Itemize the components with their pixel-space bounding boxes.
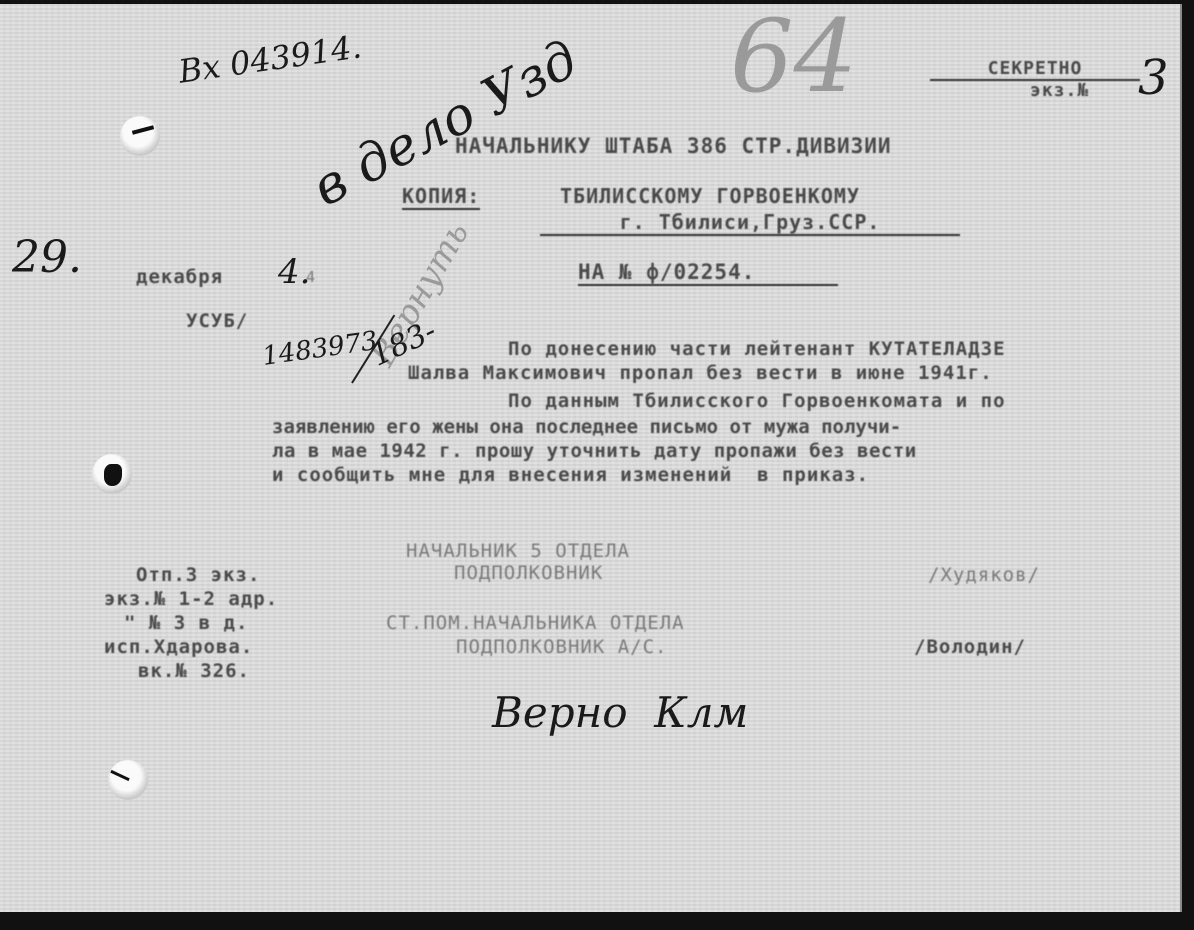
classification-stamp: СЕКРЕТНО <box>930 58 1140 81</box>
punch-hole-bottom <box>108 760 148 800</box>
body-line-1: По донесению части лейтенант КУТАТЕЛАДЗЕ <box>508 338 1006 360</box>
body-line-5: ла в мае 1942 г. прошу уточнить дату про… <box>272 440 917 462</box>
handwritten-certification: Верно Клм <box>492 688 748 737</box>
date-year-suffix: 4 <box>306 268 316 286</box>
note-copy-addresses: экз.№ 1-2 адр. <box>104 588 278 610</box>
department-code: УСУБ/ <box>186 310 248 332</box>
date-month: декабря <box>136 266 223 288</box>
punch-hole-top <box>120 116 160 156</box>
addressee: НАЧАЛЬНИКУ ШТАБА 386 СТР.ДИВИЗИИ <box>455 134 892 158</box>
copy-number-handwritten: 3 <box>1138 50 1169 106</box>
signer-2-name: /Володин/ <box>914 636 1026 658</box>
copy-to-address: г. Тбилиси,Груз.ССР. <box>540 210 960 236</box>
document-page: Вх 043914. в дело Узд 64 СЕКРЕТНО экз.№ … <box>0 4 1182 912</box>
reference-number: НА № ф/02254. <box>578 260 838 286</box>
signer-2-title: СТ.ПОМ.НАЧАЛЬНИКА ОТДЕЛА <box>386 612 685 634</box>
note-executor: исп.Хдарова. <box>104 636 253 658</box>
copy-to-recipient: ТБИЛИССКОМУ ГОРВОЕНКОМУ <box>560 184 860 208</box>
signer-1-title: НАЧАЛЬНИК 5 ОТДЕЛА <box>406 540 630 562</box>
signer-1-name: /Худяков/ <box>928 564 1040 586</box>
note-copy-file: " № 3 в д. <box>124 612 248 634</box>
handwritten-incoming-number: Вх 043914. <box>176 27 364 90</box>
handwritten-date-day: 29. <box>12 232 82 283</box>
copy-number-label: экз.№ <box>1030 80 1089 101</box>
punch-hole-middle <box>92 454 132 494</box>
body-line-3: По данным Тбилисского Горвоенкомата и по <box>508 390 1006 412</box>
body-line-4: заявлению его жены она последнее письмо … <box>272 416 901 438</box>
handwritten-page-number: 64 <box>730 0 857 115</box>
note-copies: Отп.3 экз. <box>136 564 260 586</box>
body-line-2: Шалва Максимович пропал без вести в июне… <box>408 362 993 384</box>
body-line-6: и сообщить мне для внесения изменений в … <box>272 464 869 486</box>
signer-2-rank: ПОДПОЛКОВНИК А/С. <box>456 636 667 658</box>
copy-to-label: КОПИЯ: <box>402 184 480 210</box>
signer-1-rank: ПОДПОЛКОВНИК <box>454 562 603 584</box>
note-outgoing-number: вк.№ 326. <box>138 660 250 682</box>
